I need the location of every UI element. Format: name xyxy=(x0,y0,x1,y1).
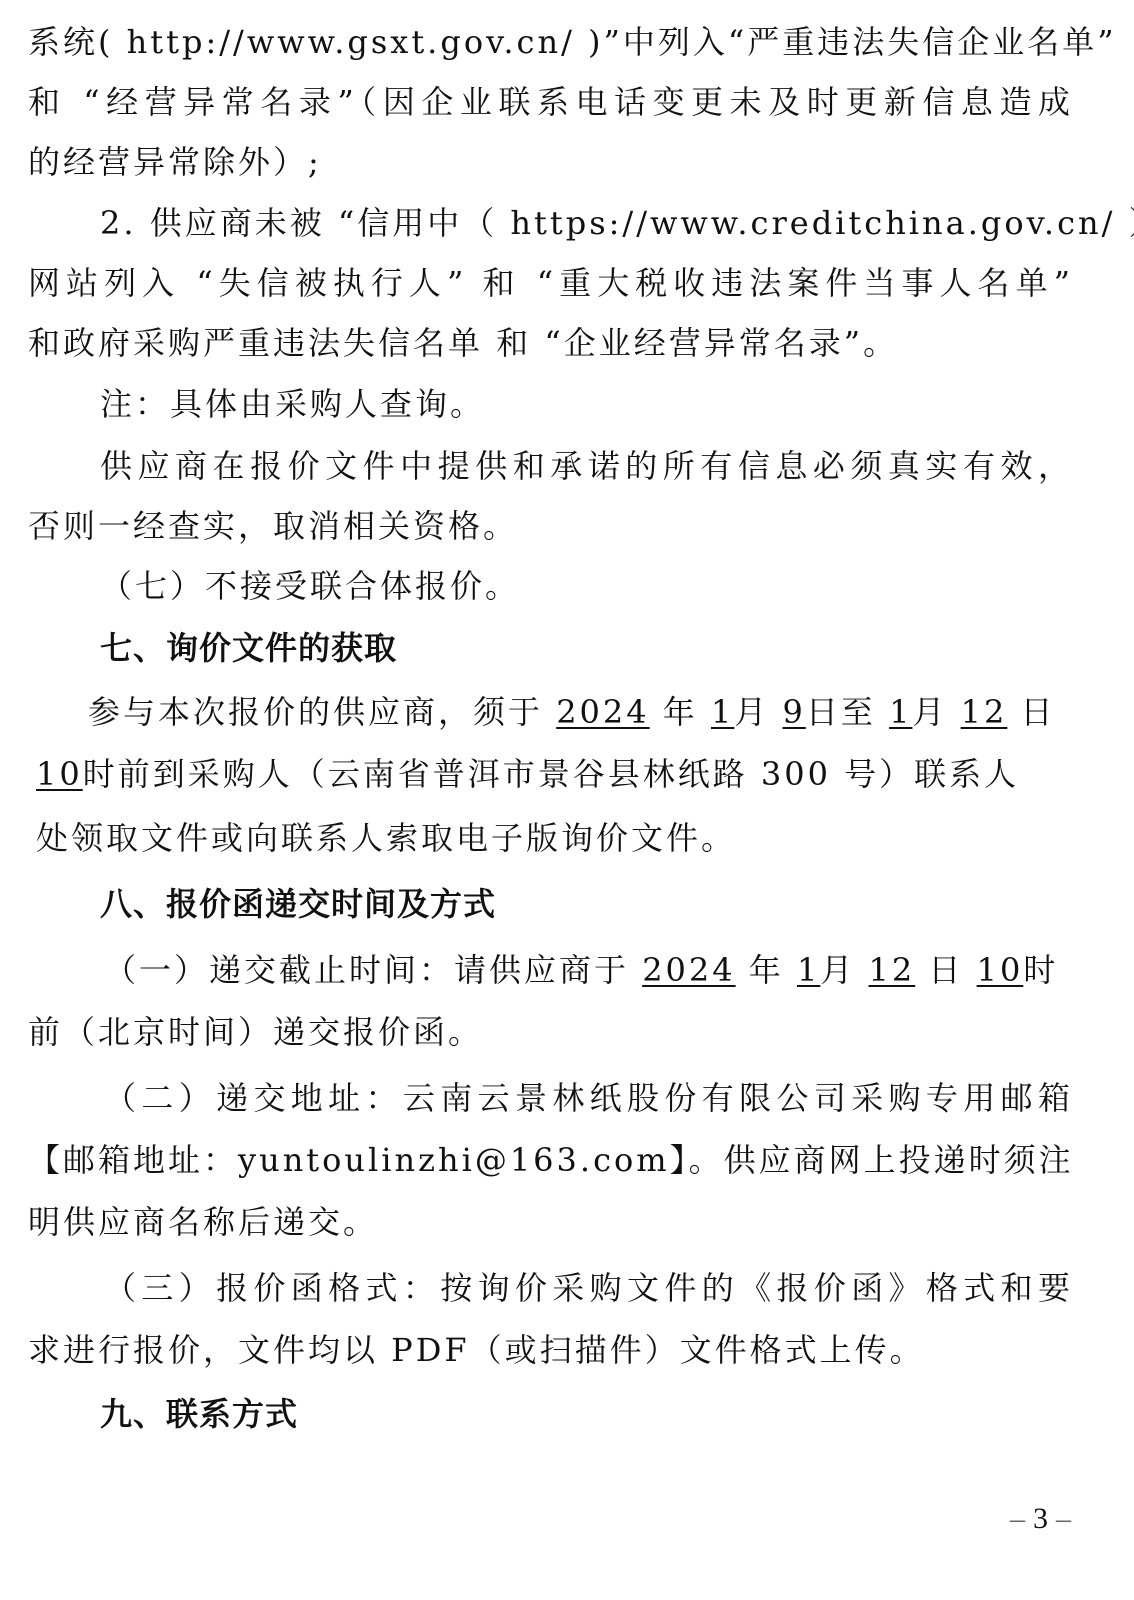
text: （一）递交截止时间：请供应商于 xyxy=(104,951,642,989)
submit-address-line-2: 【邮箱地址：yuntoulinzhi@163.com】。供应商网上投递时须注 xyxy=(28,1140,1073,1180)
text: 日至 xyxy=(806,693,889,731)
section-7-paragraph-line-1: 参与本次报价的供应商，须于 2024 年 1月 9日至 1月 12 日 xyxy=(88,692,1134,732)
month-value: 1 xyxy=(797,951,820,989)
day-value: 12 xyxy=(869,951,916,989)
text: 年 xyxy=(736,951,797,989)
month-value: 1 xyxy=(711,693,734,731)
year-value: 2024 xyxy=(642,951,735,989)
text: 月 xyxy=(912,693,960,731)
text: 参与本次报价的供应商，须于 xyxy=(88,693,556,731)
format-line-2: 求进行报价，文件均以 PDF（或扫描件）文件格式上传。 xyxy=(28,1330,1134,1370)
day-value: 9 xyxy=(783,693,806,731)
body-line: 系统( http://www.gsxt.gov.cn/ )”中列入“严重违法失信… xyxy=(28,22,1073,62)
month-value: 1 xyxy=(889,693,912,731)
year-value: 2024 xyxy=(556,693,649,731)
list-item-2-line: 2. 供应商未被 “信用中（ https://www.creditchina.g… xyxy=(100,203,1073,243)
body-line: 网站列入 “失信被执行人” 和 “重大税收违法案件当事人名单” xyxy=(28,263,1073,303)
text: 时前到采购人（云南省普洱市景谷县林纸路 300 号）联系人 xyxy=(83,755,1019,793)
deadline-line: （一）递交截止时间：请供应商于 2024 年 1月 12 日 10时 xyxy=(104,950,1134,990)
submit-address-line-1: （二）递交地址：云南云景林纸股份有限公司采购专用邮箱 xyxy=(104,1078,1073,1118)
text: 日 xyxy=(915,951,976,989)
note-line: 注：具体由采购人查询。 xyxy=(100,384,1134,424)
page-dash-left: – xyxy=(1010,1502,1033,1535)
deadline-continuation: 前（北京时间）递交报价函。 xyxy=(28,1012,1134,1052)
section-8-heading: 八、报价函递交时间及方式 xyxy=(100,884,1134,924)
hour-value: 10 xyxy=(977,951,1024,989)
submit-address-line-3: 明供应商名称后递交。 xyxy=(28,1202,1134,1242)
document-page: 系统( http://www.gsxt.gov.cn/ )”中列入“严重违法失信… xyxy=(0,0,1134,1600)
text: 时 xyxy=(1023,951,1058,989)
page-dash-right: – xyxy=(1056,1502,1079,1535)
body-line: 供应商在报价文件中提供和承诺的所有信息必须真实有效， xyxy=(100,446,1073,486)
page-number: –3– xyxy=(1010,1502,1110,1536)
body-line: 的经营异常除外）; xyxy=(28,142,1134,182)
section-9-heading: 九、联系方式 xyxy=(100,1394,1134,1434)
text: 日 xyxy=(1007,693,1055,731)
body-line: 否则一经查实，取消相关资格。 xyxy=(28,506,1134,546)
section-7-heading: 七、询价文件的获取 xyxy=(100,628,1134,668)
hour-value: 10 xyxy=(36,755,83,793)
section-7-paragraph-line-2: 10时前到采购人（云南省普洱市景谷县林纸路 300 号）联系人 xyxy=(36,754,1134,794)
item-7-line: （七）不接受联合体报价。 xyxy=(100,566,1134,606)
body-line: 和政府采购严重违法失信名单 和 “企业经营异常名录”。 xyxy=(28,323,1134,363)
text: 月 xyxy=(820,951,868,989)
day-value: 12 xyxy=(961,693,1008,731)
section-7-paragraph-line-3: 处领取文件或向联系人索取电子版询价文件。 xyxy=(36,818,1134,858)
text: 月 xyxy=(734,693,782,731)
text: 年 xyxy=(650,693,711,731)
format-line-1: （三）报价函格式：按询价采购文件的《报价函》格式和要 xyxy=(104,1268,1073,1308)
body-line: 和 “经营异常名录”（因企业联系电话变更未及时更新信息造成 xyxy=(28,82,1073,122)
page-number-value: 3 xyxy=(1033,1502,1056,1535)
